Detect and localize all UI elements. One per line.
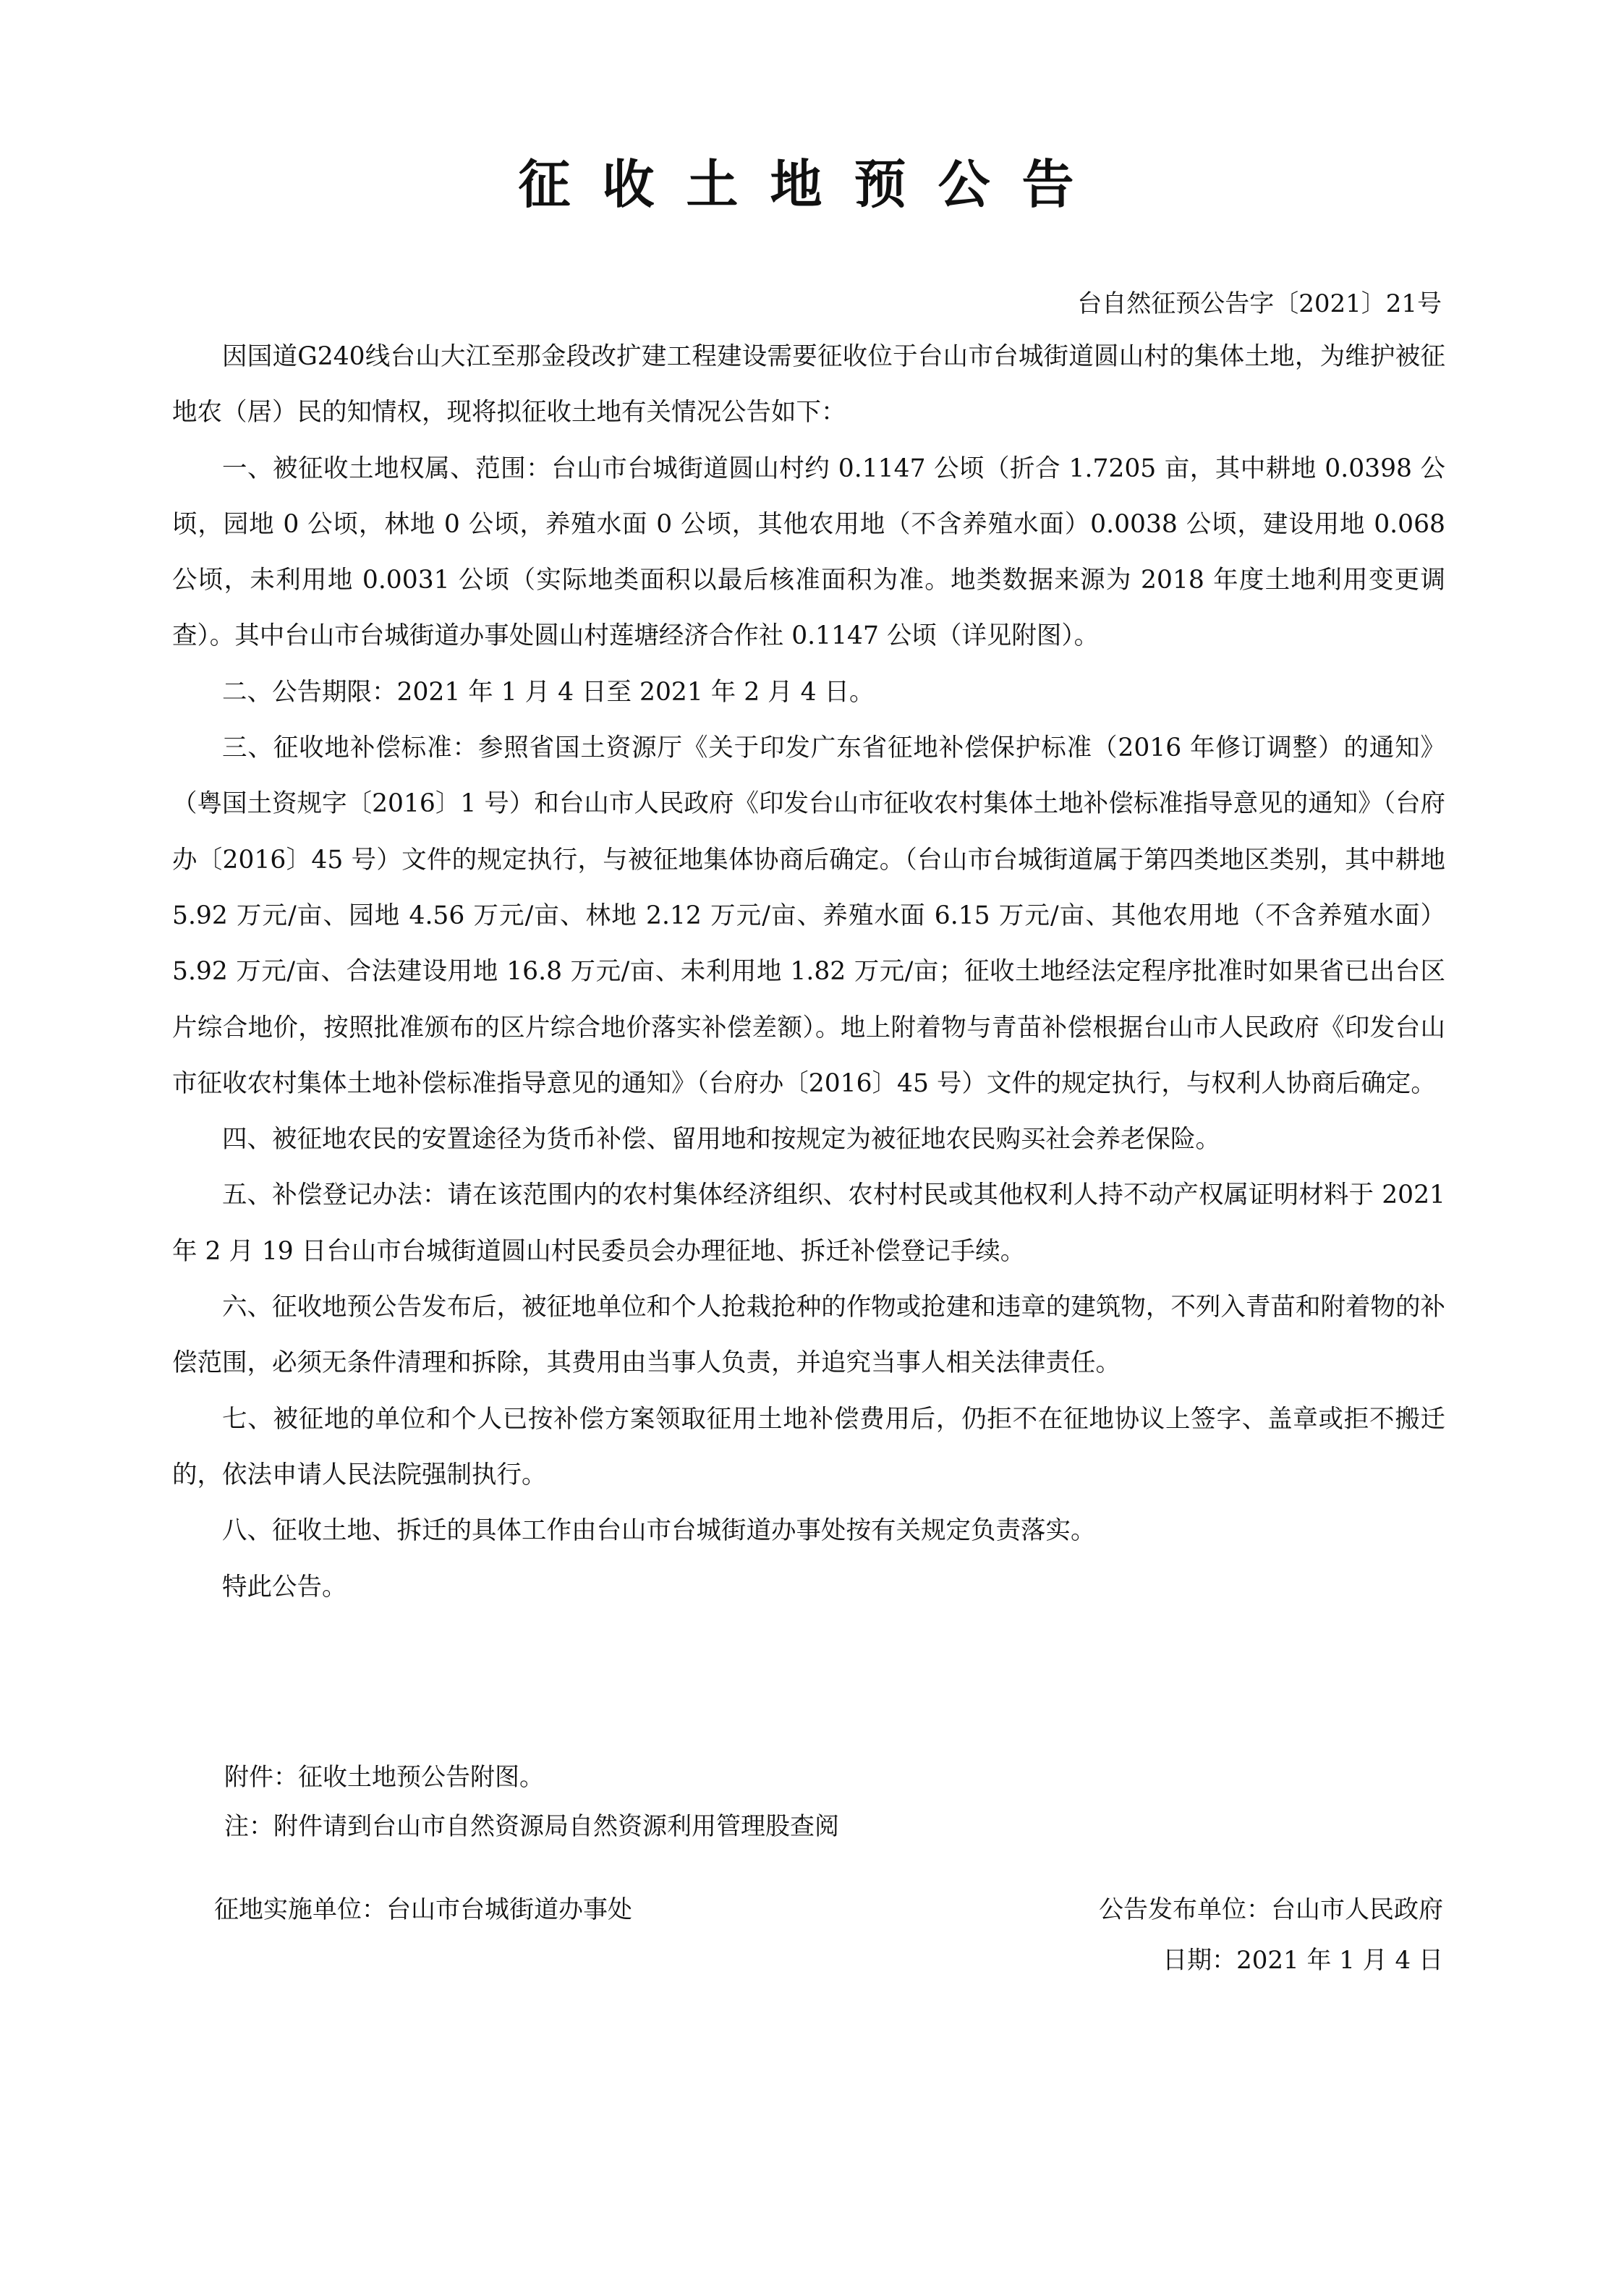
publishing-unit: 公告发布单位：台山市人民政府 xyxy=(1099,1892,1443,1928)
implementing-unit: 征地实施单位：台山市台城街道办事处 xyxy=(214,1892,632,1928)
document-title: 征收土地预公告 xyxy=(0,148,1624,221)
section-3-compensation-standard: 三、征收地补偿标准：参照省国土资源厅《关于印发广东省征地补偿保护标准（2016 … xyxy=(172,720,1445,1112)
document-body: 因国道G240线台山大江至那金段改扩建工程建设需要征收位于台山市台城街道圆山村的… xyxy=(172,329,1445,1615)
section-4-resettlement: 四、被征地农民的安置途径为货币补偿、留用地和按规定为被征地农民购买社会养老保险。 xyxy=(172,1112,1445,1168)
section-1-land-scope: 一、被征收土地权属、范围：台山市台城街道圆山村约 0.1147 公顷（折合 1.… xyxy=(172,441,1445,665)
intro-paragraph: 因国道G240线台山大江至那金段改扩建工程建设需要征收位于台山市台城街道圆山村的… xyxy=(172,329,1445,441)
section-5-registration: 五、补偿登记办法：请在该范围内的农村集体经济组织、农村村民或其他权利人持不动产权… xyxy=(172,1168,1445,1280)
note-line: 注：附件请到台山市自然资源局自然资源利用管理股查阅 xyxy=(224,1808,839,1845)
closing-statement: 特此公告。 xyxy=(172,1560,1445,1615)
section-7-enforcement: 七、被征地的单位和个人已按补偿方案领取征用土地补偿费用后，仍拒不在征地协议上签字… xyxy=(172,1392,1445,1504)
section-6-illegal-construction: 六、征收地预公告发布后，被征地单位和个人抢栽抢种的作物或抢建和违章的建筑物，不列… xyxy=(172,1280,1445,1392)
document-page: 征收土地预公告 台自然征预公告字〔2021〕21号 因国道G240线台山大江至那… xyxy=(0,0,1624,2296)
document-number: 台自然征预公告字〔2021〕21号 xyxy=(1077,286,1442,322)
publish-date: 日期：2021 年 1 月 4 日 xyxy=(1162,1942,1443,1978)
attachment-line: 附件：征收土地预公告附图。 xyxy=(224,1759,544,1795)
section-8-implementation: 八、征收土地、拆迁的具体工作由台山市台城街道办事处按有关规定负责落实。 xyxy=(172,1503,1445,1559)
section-2-notice-period: 二、公告期限：2021 年 1 月 4 日至 2021 年 2 月 4 日。 xyxy=(172,665,1445,720)
